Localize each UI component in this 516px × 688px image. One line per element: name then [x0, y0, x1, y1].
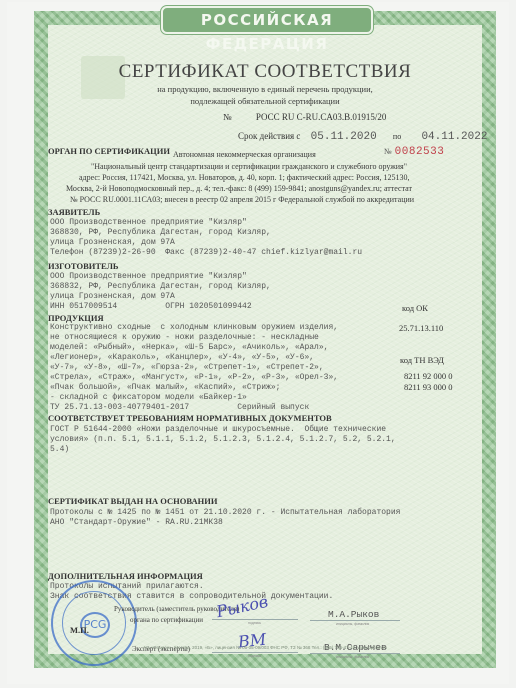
basis-line: АНО "Стандарт-Оружие" - RA.RU.21МК38	[50, 518, 223, 527]
section-heading-applicant: ЗАЯВИТЕЛЬ	[48, 207, 100, 217]
tnved-code-label: код ТН ВЭД	[400, 355, 444, 365]
manufacturer-ids: ИНН 0517009514 ОГРН 1020501099442	[50, 302, 252, 311]
tnved-code: 8211 93 000 0	[404, 382, 453, 392]
org-type: Автономная некоммерческая организация	[173, 150, 316, 159]
section-heading-basis: СЕРТИФИКАТ ВЫДАН НА ОСНОВАНИИ	[48, 496, 217, 506]
certificate-sheet: СЕРТИФИКАТ СООТВЕТСТВИЯ на продукцию, вк…	[7, 2, 509, 684]
stamp-place-label: М.П.	[70, 625, 89, 635]
section-heading-manufacturer: ИЗГОТОВИТЕЛЬ	[48, 261, 119, 271]
standards-line: 5.4)	[50, 445, 69, 454]
form-number-value: 0082533	[395, 146, 445, 158]
product-line: Конструктивно сходные с холодным клинков…	[50, 323, 338, 332]
sign-caption: подпись	[248, 654, 261, 658]
product-line: «Стрела», «Страж», «Мангуст», «Р-1», «Р-…	[50, 373, 338, 382]
section-heading-certification-body: ОРГАН ПО СЕРТИФИКАЦИИ	[48, 146, 170, 156]
section-heading-standards: СООТВЕТСТВУЕТ ТРЕБОВАНИЯМ НОРМАТИВНЫХ ДО…	[48, 413, 332, 423]
org-accreditation-line: № РОСС RU.0001.11СА03; внесен в реестр 0…	[70, 195, 414, 204]
product-line: «Легионер», «Караколь», «Канцлер», «У-4»…	[50, 353, 314, 362]
expert-name-line	[310, 653, 400, 654]
head-signature-line	[212, 619, 298, 620]
org-address-line: Москва, 2-й Новоподмосковный пер., д. 4;…	[66, 184, 412, 193]
certificate-body: СЕРТИФИКАТ СООТВЕТСТВИЯ на продукцию, вк…	[48, 25, 482, 654]
product-line: моделей: «Рыбный», «Нерка», «Ш-5 Барс», …	[50, 343, 328, 352]
product-line: - складной с фиксатором модели «Байкер-1…	[50, 393, 247, 402]
certificate-number-label: №	[223, 112, 232, 122]
certificate-border: СЕРТИФИКАТ СООТВЕТСТВИЯ на продукцию, вк…	[34, 11, 496, 668]
applicant-line: ООО Производственное предприятие "Кизляр…	[50, 218, 247, 227]
ok-code-label: код ОК	[402, 303, 428, 313]
product-line: «Пчак большой», «Пчак малый», «Каспий», …	[50, 383, 280, 392]
subtitle-line-1: на продукцию, включенную в единый перече…	[48, 84, 482, 94]
expert-signature-line	[212, 652, 298, 653]
manufacturer-line: ООО Производственное предприятие "Кизляр…	[50, 272, 247, 281]
name-caption: инициалы, фамилия	[336, 655, 369, 659]
valid-to-date: 04.11.2022	[421, 131, 487, 143]
name-caption: инициалы, фамилия	[336, 622, 369, 626]
validity-period: Срок действия с 05.11.2020 по 04.11.2022	[238, 131, 487, 143]
certificate-number: № РОСС RU C-RU.CA03.B.01915/20	[223, 112, 386, 122]
validity-label: Срок действия с	[238, 131, 300, 141]
country-banner: РОССИЙСКАЯ ФЕДЕРАЦИЯ	[161, 6, 373, 34]
org-name: "Национальный центр стандартизации и сер…	[91, 162, 407, 171]
org-address-line: адрес: Россия, 117421, Москва, ул. Новат…	[79, 173, 410, 182]
form-number-label: №	[384, 147, 392, 156]
applicant-line: 368830, РФ, Республика Дагестан, город К…	[50, 228, 271, 237]
basis-line: Протоколы с № 1425 по № 1451 от 21.10.20…	[50, 508, 400, 517]
certificate-number-value: РОСС RU C-RU.CA03.B.01915/20	[256, 112, 387, 122]
standards-line: ГОСТ Р 51644-2000 «Ножи разделочные и шк…	[50, 425, 386, 434]
head-signature-label-2: органа по сертификации	[130, 616, 203, 624]
section-heading-product: ПРОДУКЦИЯ	[48, 313, 104, 323]
head-name: М.А.Рыков	[328, 609, 379, 620]
printer-imprint: АО «Опцион», Москва, 2019, «Б», лицензия…	[48, 645, 482, 650]
product-line: «У-7», «У-8», «Ш-7», «Гюрза-2», «Стрепет…	[50, 363, 324, 372]
applicant-contacts: Телефон (87239)2-26-90 Факс (87239)2-40-…	[50, 248, 362, 257]
document-title: СЕРТИФИКАТ СООТВЕТСТВИЯ	[48, 61, 482, 83]
subtitle-line-2: подлежащей обязательной сертификации	[48, 96, 482, 106]
form-number: №0082533	[384, 146, 444, 158]
applicant-line: улица Грозненская, дом 97А	[50, 238, 175, 247]
manufacturer-line: 368832, РФ, Республика Дагестан, город К…	[50, 282, 271, 291]
product-spec-line: ТУ 25.71.13-003-40779401-2017 Серийный в…	[50, 403, 309, 412]
manufacturer-line: улица Грозненская, дом 97А	[50, 292, 175, 301]
product-line: не относящиеся к оружию - ножи разделочн…	[50, 333, 319, 342]
standards-line: условия» (п.п. 5.1, 5.1.1, 5.1.2, 5.1.2.…	[50, 435, 396, 444]
official-stamp: PCG	[51, 580, 137, 666]
tnved-code: 8211 92 000 0	[404, 371, 453, 381]
section-heading-additional-info: ДОПОЛНИТЕЛЬНАЯ ИНФОРМАЦИЯ	[48, 571, 203, 581]
sign-caption: подпись	[248, 621, 261, 625]
validity-to-label: по	[393, 132, 401, 141]
ok-code-value: 25.71.13.110	[399, 323, 443, 333]
valid-from-date: 05.11.2020	[311, 131, 377, 143]
head-name-line	[310, 620, 400, 621]
